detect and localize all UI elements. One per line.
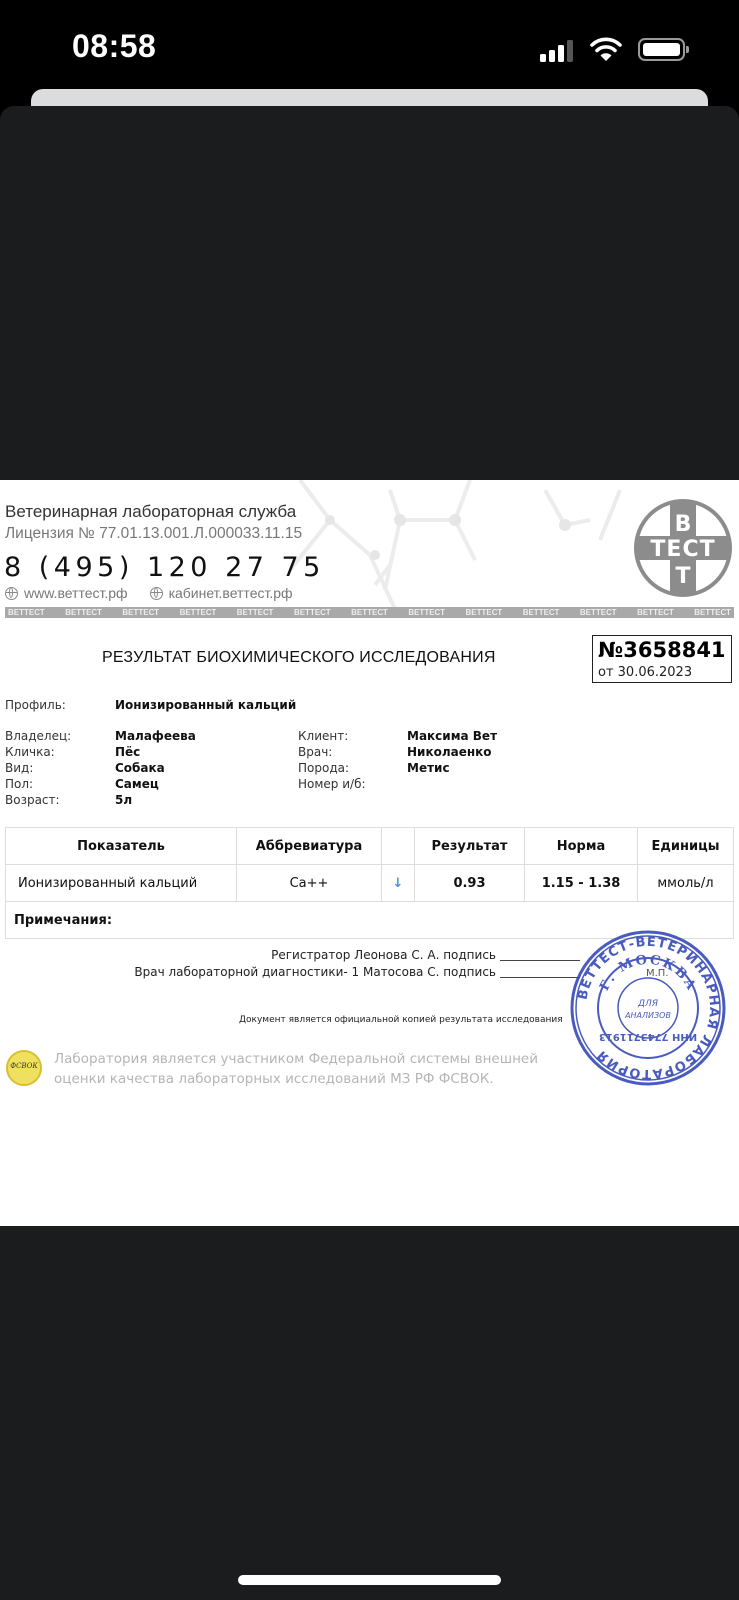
units-cell: ммоль/л bbox=[638, 865, 734, 902]
vettest-logo-icon: В ТЕСТ Т bbox=[633, 498, 733, 598]
phone-number[interactable]: 8 (495) 120 27 75 bbox=[4, 552, 325, 583]
strip-word: ВЕТТЕСТ bbox=[65, 607, 102, 618]
results-table: Показатель Аббревиатура Результат Норма … bbox=[5, 827, 734, 939]
col-units: Единицы bbox=[638, 828, 734, 865]
info-label: Врач: bbox=[298, 745, 332, 759]
col-flag bbox=[382, 828, 415, 865]
strip-word: ВЕТТЕСТ bbox=[294, 607, 331, 618]
stamp-inn: ИНН 7743711913 bbox=[599, 1031, 697, 1042]
col-result: Результат bbox=[415, 828, 525, 865]
info-value: 5л bbox=[115, 793, 132, 807]
info-label: Номер и/б: bbox=[298, 777, 366, 791]
strip-word: ВЕТТЕСТ bbox=[351, 607, 388, 618]
document-date: от 30.06.2023 bbox=[598, 665, 692, 680]
document-number-box: №3658841 от 30.06.2023 bbox=[592, 635, 732, 683]
globe-icon bbox=[5, 587, 18, 600]
info-label: Владелец: bbox=[5, 729, 71, 743]
status-time: 08:58 bbox=[72, 28, 156, 65]
website-text: www.веттест.рф bbox=[24, 585, 128, 601]
table-row: Ионизированный кальций Ca++ ↓ 0.93 1.15 … bbox=[6, 865, 734, 902]
document-title: РЕЗУЛЬТАТ БИОХИМИЧЕСКОГО ИССЛЕДОВАНИЯ bbox=[102, 649, 496, 667]
logo-letter-middle: ТЕСТ bbox=[650, 537, 715, 562]
cabinet-text: кабинет.веттест.рф bbox=[169, 585, 293, 601]
strip-word: ВЕТТЕСТ bbox=[237, 607, 274, 618]
table-header-row: Показатель Аббревиатура Результат Норма … bbox=[6, 828, 734, 865]
cellular-signal-icon bbox=[540, 38, 580, 62]
stamp-center-2: АНАЛИЗОВ bbox=[624, 1011, 671, 1020]
info-label: Возраст: bbox=[5, 793, 60, 807]
col-indicator: Показатель bbox=[6, 828, 237, 865]
info-label: Клиент: bbox=[298, 729, 348, 743]
license-number: Лицензия № 77.01.13.001.Л.000033.11.15 bbox=[5, 525, 302, 543]
home-indicator[interactable] bbox=[238, 1575, 501, 1585]
profile-label: Профиль: bbox=[5, 698, 66, 712]
strip-word: ВЕТТЕСТ bbox=[637, 607, 674, 618]
profile-value: Ионизированный кальций bbox=[115, 698, 296, 712]
fsvok-logo-icon: ФСВОК bbox=[6, 1050, 42, 1086]
fsvok-logo-text: ФСВОК bbox=[8, 1062, 40, 1070]
info-value: Пёс bbox=[115, 745, 140, 759]
info-label: Порода: bbox=[298, 761, 349, 775]
battery-icon bbox=[638, 38, 685, 61]
strip-word: ВЕТТЕСТ bbox=[580, 607, 617, 618]
official-copy-note: Документ является официальной копией рез… bbox=[239, 1015, 563, 1025]
info-label: Вид: bbox=[5, 761, 33, 775]
strip-word: ВЕТТЕСТ bbox=[122, 607, 159, 618]
status-bar: 08:58 bbox=[0, 0, 739, 100]
info-label: Пол: bbox=[5, 777, 33, 791]
info-value: Малафеева bbox=[115, 729, 196, 743]
info-value: Собака bbox=[115, 761, 165, 775]
result-cell: 0.93 bbox=[415, 865, 525, 902]
col-norm: Норма bbox=[525, 828, 638, 865]
logo-letter-top: В bbox=[675, 512, 692, 537]
document-number: №3658841 bbox=[598, 638, 726, 662]
doctor-signature: Врач лабораторной диагностики- 1 Матосов… bbox=[134, 965, 496, 979]
indicator-cell: Ионизированный кальций bbox=[6, 865, 237, 902]
strip-word: ВЕТТЕСТ bbox=[523, 607, 560, 618]
strip-word: ВЕТТЕСТ bbox=[180, 607, 217, 618]
col-abbreviation: Аббревиатура bbox=[237, 828, 382, 865]
arrow-down-icon: ↓ bbox=[382, 865, 415, 902]
wifi-icon bbox=[590, 36, 622, 62]
lab-result-document[interactable]: Ветеринарная лабораторная служба Лицензи… bbox=[0, 480, 739, 1226]
registrar-signature: Регистратор Леонова С. А. подпись bbox=[271, 948, 496, 962]
fsvok-note: Лаборатория является участником Федераль… bbox=[54, 1049, 538, 1089]
norm-cell: 1.15 - 1.38 bbox=[525, 865, 638, 902]
info-value: Метис bbox=[407, 761, 450, 775]
strip-word: ВЕТТЕСТ bbox=[408, 607, 445, 618]
strip-word: ВЕТТЕСТ bbox=[466, 607, 503, 618]
lab-name: Ветеринарная лабораторная служба bbox=[5, 502, 296, 522]
brand-strip: ВЕТТЕСТВЕТТЕСТВЕТТЕСТВЕТТЕСТВЕТТЕСТВЕТТЕ… bbox=[5, 607, 734, 618]
abbreviation-cell: Ca++ bbox=[237, 865, 382, 902]
stamp-center-1: ДЛЯ bbox=[637, 999, 658, 1009]
globe-icon bbox=[150, 587, 163, 600]
info-value: Николаенко bbox=[407, 745, 492, 759]
website-links: www.веттест.рф кабинет.веттест.рф bbox=[5, 585, 293, 601]
info-label: Кличка: bbox=[5, 745, 55, 759]
info-value: Самец bbox=[115, 777, 159, 791]
fsvok-line-2: оценки качества лабораторных исследовани… bbox=[54, 1069, 538, 1089]
website-link[interactable]: www.веттест.рф bbox=[5, 585, 128, 601]
fsvok-line-1: Лаборатория является участником Федераль… bbox=[54, 1049, 538, 1069]
logo-letter-bottom: Т bbox=[675, 564, 690, 589]
strip-word: ВЕТТЕСТ bbox=[8, 607, 45, 618]
laboratory-stamp-icon: ВЕТТЕСТ-ВЕТЕРИНАРНАЯ ЛАБОРАТОРИЯ Г. МОСК… bbox=[568, 928, 728, 1088]
cabinet-link[interactable]: кабинет.веттест.рф bbox=[150, 585, 293, 601]
strip-word: ВЕТТЕСТ bbox=[694, 607, 731, 618]
info-value: Максима Вет bbox=[407, 729, 497, 743]
